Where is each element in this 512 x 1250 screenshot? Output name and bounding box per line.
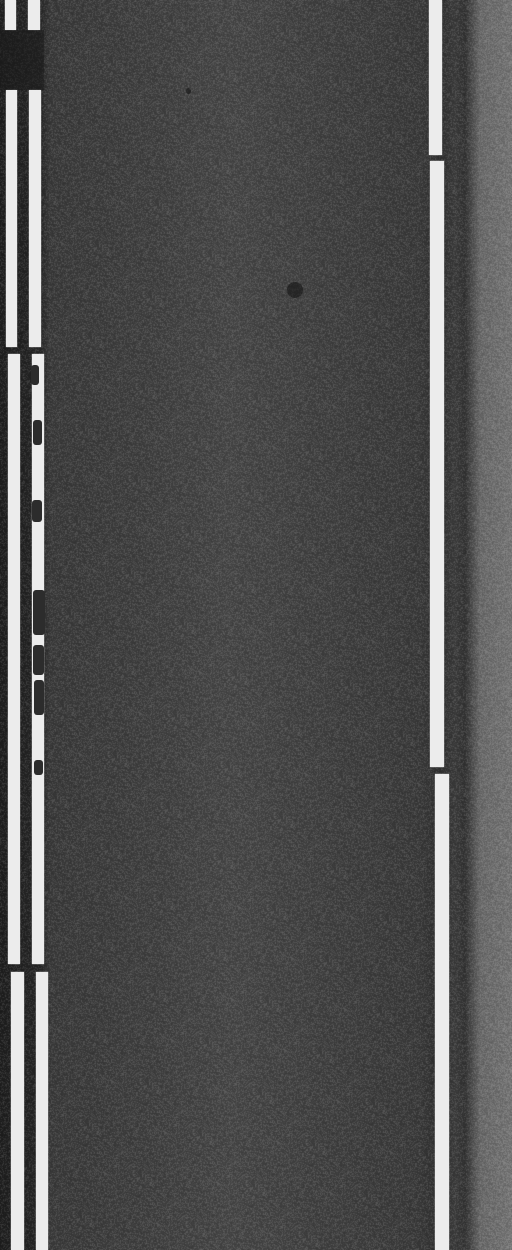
road-stain [186,88,191,94]
worn-marking [33,645,44,675]
worn-marking [34,760,43,775]
left-inner-line-segment [28,0,40,30]
left-inner-line-segment [36,972,48,1250]
worn-marking [33,590,45,635]
worn-marking [31,365,39,385]
worn-marking [32,500,42,522]
road-stain [287,282,303,298]
road-aerial-view [0,0,512,1250]
left-outer-line-segment [11,972,24,1250]
right-edge-line-segment [435,774,449,1250]
left-outer-line-segment [5,0,16,30]
worn-marking [34,680,44,715]
road-patch [0,30,44,90]
right-edge-line-segment [430,161,444,767]
right-edge-line-segment [429,0,442,155]
left-outer-line-segment [8,354,20,964]
worn-marking [33,420,42,445]
left-outer-line-segment [6,90,17,347]
left-inner-line-segment [29,90,41,347]
